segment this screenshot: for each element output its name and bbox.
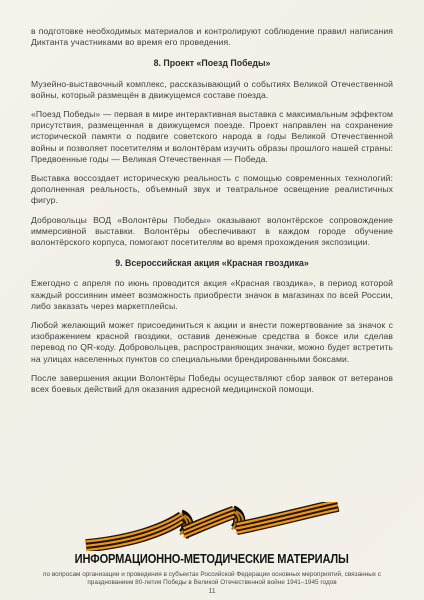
paragraph: в подготовке необходимых материалов и ко… (31, 26, 393, 48)
footer-title: ИНФОРМАЦИОННО-МЕТОДИЧЕСКИЕ МАТЕРИАЛЫ (0, 552, 424, 566)
paragraph: После завершения акции Волонтёры Победы … (31, 373, 393, 395)
paragraph: «Поезд Победы» — первая в мире интеракти… (31, 109, 393, 165)
document-page: в подготовке необходимых материалов и ко… (0, 0, 424, 600)
paragraph: Выставка воссоздает историческую реально… (31, 173, 393, 207)
paragraph: Ежегодно с апреля по июнь проводится акц… (31, 278, 393, 312)
document-body: в подготовке необходимых материалов и ко… (31, 26, 393, 403)
page-number: 11 (0, 588, 424, 595)
paragraph: Музейно-выставочный комплекс, рассказыва… (31, 79, 393, 101)
st-george-ribbon-icon (0, 502, 424, 551)
section-heading: 9. Всероссийская акция «Красная гвоздика… (31, 258, 393, 269)
paragraph: Любой желающий может присоединиться к ак… (31, 320, 393, 365)
page-footer: ИНФОРМАЦИОННО-МЕТОДИЧЕСКИЕ МАТЕРИАЛЫ по … (0, 500, 424, 600)
paragraph: Добровольцы ВОД «Волонтёры Победы» оказы… (31, 215, 393, 249)
footer-subtitle: по вопросам организации и проведения в с… (27, 571, 397, 586)
section-heading: 8. Проект «Поезд Победы» (31, 58, 393, 69)
